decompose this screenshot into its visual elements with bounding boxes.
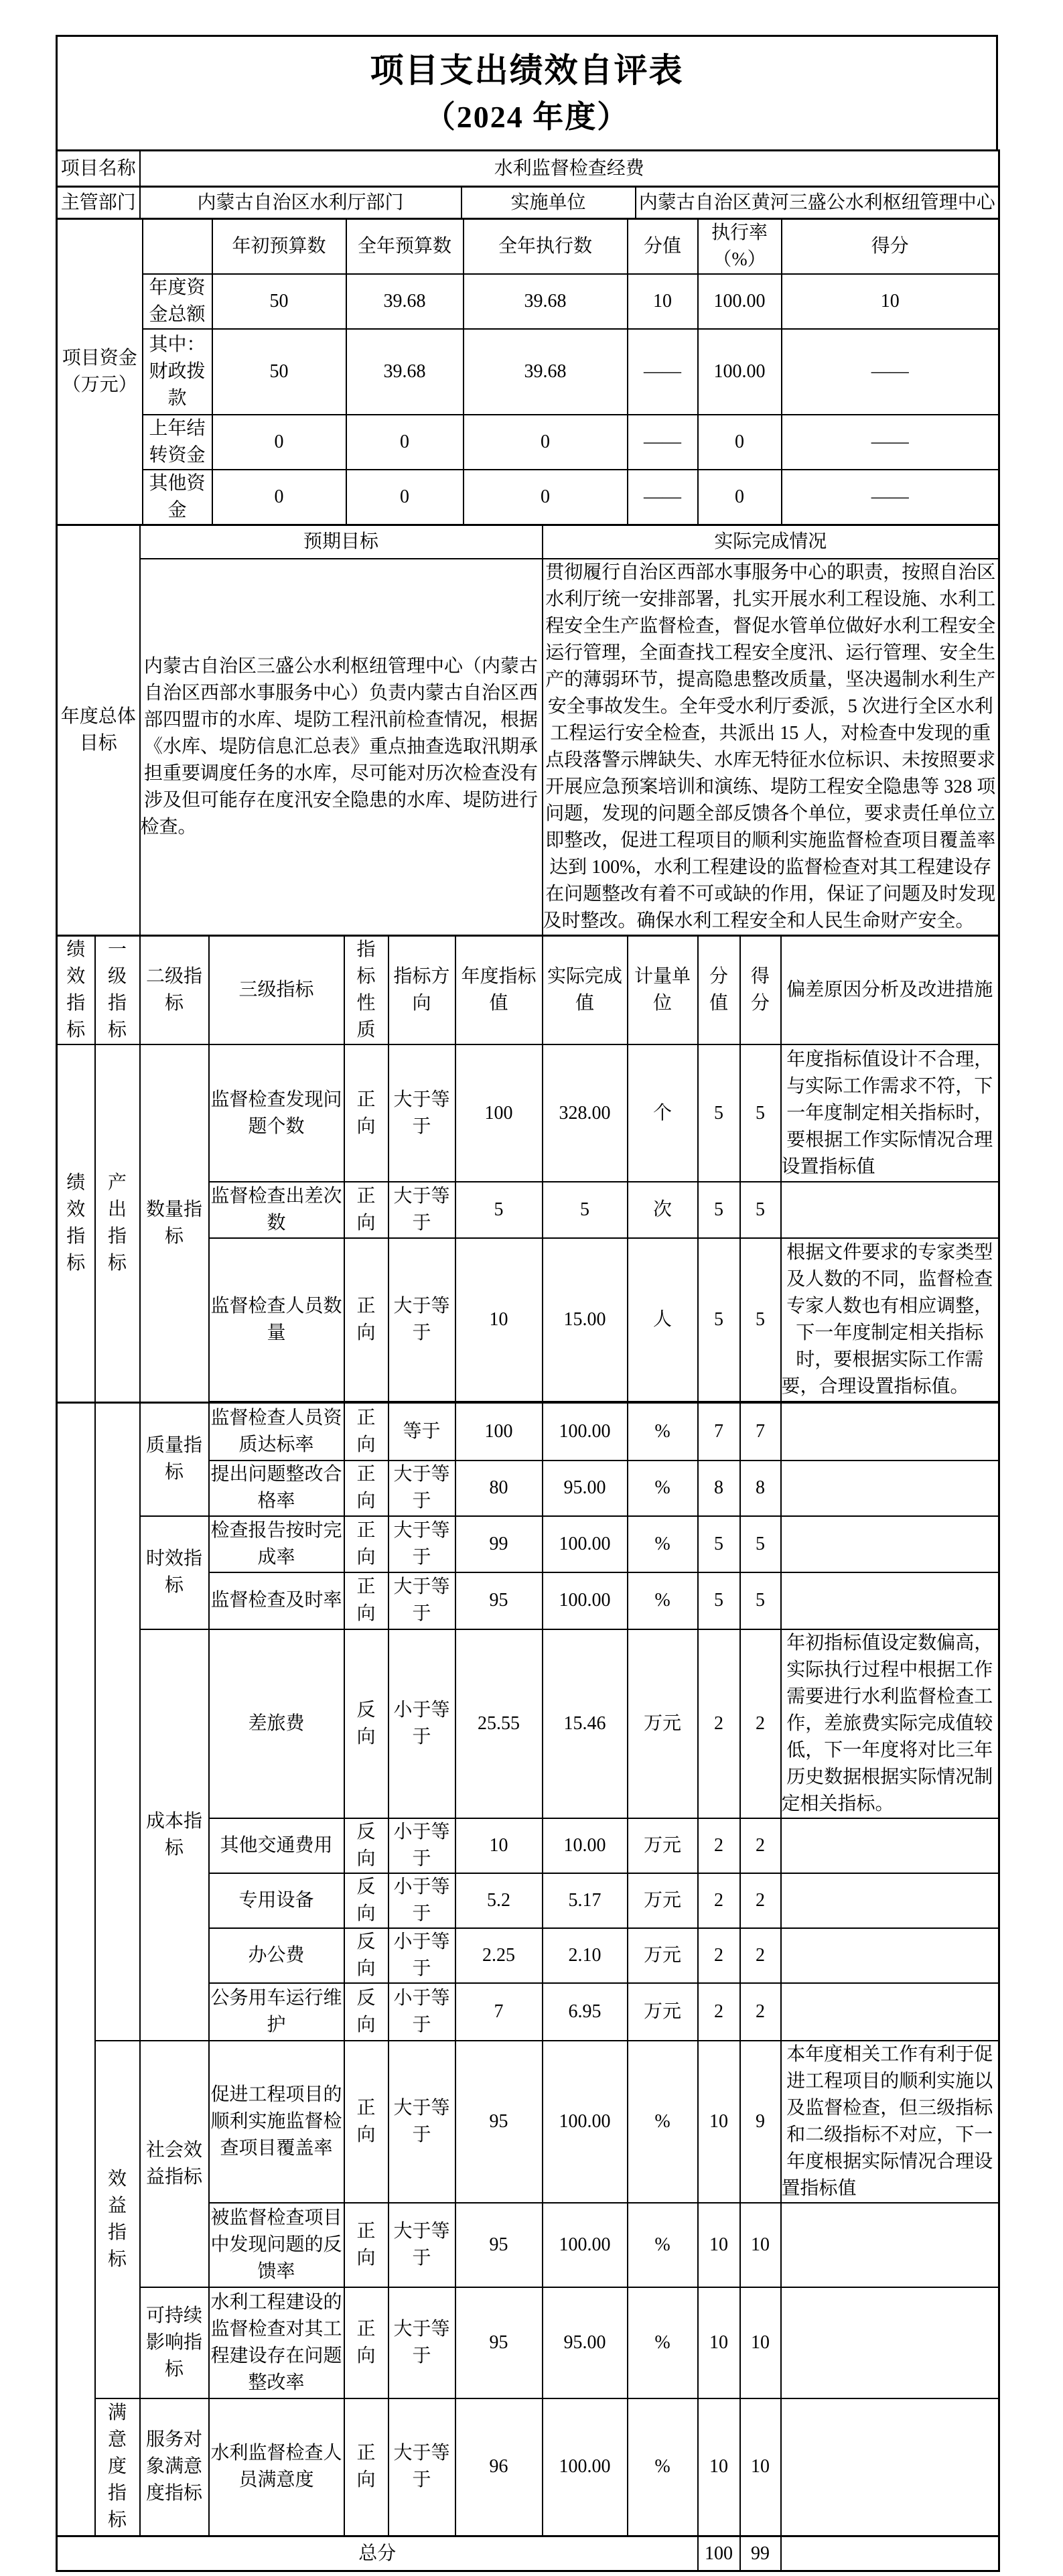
cell-score: 7 <box>698 1403 740 1461</box>
cell-target: 95 <box>455 2287 543 2398</box>
cell-actual: 328.00 <box>543 1044 628 1182</box>
indicator-row: 效 益 指 标 社会效益指标 促进工程项目的顺利实施监督检查项目覆盖率 正 向 … <box>57 2041 999 2203</box>
cell-direction: 大于等于 <box>388 2398 455 2536</box>
funds-header-score: 分值 <box>628 219 698 275</box>
cell-actual: 5.17 <box>543 1873 628 1928</box>
cell-got: 9 <box>740 2041 781 2203</box>
indicator-row: 时效指标 检查报告按时完成率 正 向 大于等于 99 100.00 % 5 5 <box>57 1516 999 1572</box>
cell-actual: 15.00 <box>543 1238 628 1402</box>
cell-year-exec: 39.68 <box>464 274 628 329</box>
cell-year-exec: 0 <box>464 470 628 525</box>
document-page: { "title": { "line1": "项目支出绩效自评表", "line… <box>0 0 1063 2576</box>
cell-got: 5 <box>740 1516 781 1572</box>
cell-direction: 大于等于 <box>388 1238 455 1402</box>
group-timeliness: 时效指标 <box>140 1516 209 1629</box>
cell-score: 2 <box>698 1983 740 2041</box>
cell-year-exec: 0 <box>464 415 628 470</box>
cell-begin-budget: 0 <box>212 415 346 470</box>
cell-unit: 人 <box>628 1238 698 1402</box>
cell-exec-rate: 100.00 <box>698 274 782 329</box>
header-perf-indicator: 绩 效 指 标 <box>57 935 95 1044</box>
indicator-row: 可持续影响指标 水利工程建设的监督检查对其工程建设存在问题整改率 正 向 大于等… <box>57 2287 999 2398</box>
cell-target: 100 <box>455 1403 543 1461</box>
funds-header-blank <box>143 219 212 275</box>
funds-header-got: 得分 <box>782 219 999 275</box>
cell-got: 2 <box>740 1983 781 2041</box>
cell-score: 5 <box>698 1516 740 1572</box>
cell-deviation <box>781 1403 999 1461</box>
project-name-value: 水利监督检查经费 <box>140 151 999 187</box>
cell-deviation <box>781 2398 999 2536</box>
indicator-row: 质量指标 监督检查人员资质达标率 正 向 等于 100 100.00 % 7 7 <box>57 1403 999 1461</box>
annual-goal-table: 年度总体 目标 预期目标 实际完成情况 内蒙古自治区三盛公水利枢纽管理中心（内蒙… <box>56 524 1000 937</box>
cell-target: 95 <box>455 2203 543 2287</box>
group-perf-continued <box>57 1403 95 2536</box>
cell-begin-budget: 0 <box>212 470 346 525</box>
group-output: 产 出 指 标 <box>95 1044 140 1402</box>
cell-nature: 正 向 <box>344 2203 388 2287</box>
indicator-row: 成本指标 差旅费 反 向 小于等于 25.55 15.46 万元 2 2 年初指… <box>57 1629 999 1818</box>
cell-direction: 小于等于 <box>388 1818 455 1873</box>
cell-nature: 反 向 <box>344 1629 388 1818</box>
cell-unit: % <box>628 2203 698 2287</box>
cell-deviation <box>781 1182 999 1238</box>
cell-deviation <box>781 1572 999 1629</box>
funds-table: 项目资金 （万元） 年初预算数 全年预算数 全年执行数 分值 执行率 （%） 得… <box>56 218 1000 526</box>
cell-got: 2 <box>740 1818 781 1873</box>
cell-indicator-name: 办公费 <box>209 1928 344 1983</box>
form-title: 项目支出绩效自评表 <box>58 50 996 90</box>
cell-deviation <box>781 2203 999 2287</box>
cell-got: 5 <box>740 1182 781 1238</box>
expected-goal-header: 预期目标 <box>140 525 543 559</box>
group-quantity: 数量指标 <box>140 1044 209 1402</box>
dept-label: 主管部门 <box>57 187 140 219</box>
form-title-cell: 项目支出绩效自评表 （2024 年度） <box>57 36 997 151</box>
cell-deviation <box>781 1873 999 1928</box>
form-year: （2024 年度） <box>58 98 996 136</box>
cell-exec-rate: 0 <box>698 470 782 525</box>
cell-got: 2 <box>740 1928 781 1983</box>
cell-score: 5 <box>698 1238 740 1402</box>
cell-deviation: 根据文件要求的专家类型及人数的不同，监督检查专家人数也有相应调整，下一年度制定相… <box>781 1238 999 1402</box>
funds-header-begin-budget: 年初预算数 <box>212 219 346 275</box>
cell-indicator-name: 其他交通费用 <box>209 1818 344 1873</box>
cell-indicator-name: 提出问题整改合格率 <box>209 1461 344 1516</box>
cell-got: 10 <box>740 2287 781 2398</box>
cell-target: 95 <box>455 2041 543 2203</box>
cell-indicator-name: 监督检查出差次数 <box>209 1182 344 1238</box>
cell-direction: 小于等于 <box>388 1928 455 1983</box>
cell-deviation <box>781 2287 999 2398</box>
cell-score: 10 <box>628 274 698 329</box>
group-benefit: 效 益 指 标 <box>95 2041 140 2398</box>
header-nature: 指 标 性 质 <box>344 935 388 1044</box>
total-deviation-blank <box>781 2536 999 2571</box>
cell-direction: 小于等于 <box>388 1629 455 1818</box>
cell-unit: % <box>628 2287 698 2398</box>
total-got: 99 <box>740 2536 781 2571</box>
funds-header-year-exec: 全年执行数 <box>464 219 628 275</box>
cell-target: 7 <box>455 1983 543 2041</box>
cell-indicator-name: 监督检查发现问题个数 <box>209 1044 344 1182</box>
cell-unit: 万元 <box>628 1928 698 1983</box>
group-cost: 成本指标 <box>140 1629 209 2041</box>
cell-target: 10 <box>455 1818 543 1873</box>
cell-nature: 正 向 <box>344 2287 388 2398</box>
actual-completion-text: 贯彻履行自治区西部水事服务中心的职责，按照自治区水利厅统一安排部署，扎实开展水利… <box>543 559 999 936</box>
cell-indicator-name: 检查报告按时完成率 <box>209 1516 344 1572</box>
cell-target: 2.25 <box>455 1928 543 1983</box>
cell-indicator-name: 监督检查人员数量 <box>209 1238 344 1402</box>
cell-indicator-name: 水利监督检查人员满意度 <box>209 2398 344 2536</box>
cell-exec-rate: 0 <box>698 415 782 470</box>
cell-direction: 大于等于 <box>388 1182 455 1238</box>
cell-actual: 100.00 <box>543 2398 628 2536</box>
cell-deviation <box>781 1461 999 1516</box>
cell-actual: 95.00 <box>543 1461 628 1516</box>
cell-nature: 正 向 <box>344 1182 388 1238</box>
cell-unit: % <box>628 1461 698 1516</box>
indicator-row: 满 意 度 指 标 服务对象满意度指标 水利监督检查人员满意度 正 向 大于等于… <box>57 2398 999 2536</box>
cell-nature: 正 向 <box>344 2041 388 2203</box>
cell-indicator-name: 公务用车运行维护 <box>209 1983 344 2041</box>
cell-actual: 6.95 <box>543 1983 628 2041</box>
department-table: 主管部门 内蒙古自治区水利厅部门 实施单位 内蒙古自治区黄河三盛公水利枢纽管理中… <box>56 186 1000 220</box>
group-sustainability: 可持续影响指标 <box>140 2287 209 2398</box>
group-satisfaction: 满 意 度 指 标 <box>95 2398 140 2536</box>
cell-actual: 95.00 <box>543 2287 628 2398</box>
cell-nature: 反 向 <box>344 1983 388 2041</box>
group-social-benefit: 社会效益指标 <box>140 2041 209 2287</box>
title-table: 项目支出绩效自评表 （2024 年度） <box>56 35 998 151</box>
cell-actual: 10.00 <box>543 1818 628 1873</box>
cell-direction: 小于等于 <box>388 1873 455 1928</box>
cell-got: 2 <box>740 1873 781 1928</box>
cell-exec-rate: 100.00 <box>698 329 782 415</box>
header-level3: 三级指标 <box>209 935 344 1044</box>
header-target-value: 年度指标值 <box>455 935 543 1044</box>
cell-year-budget: 0 <box>346 470 464 525</box>
cell-nature: 反 向 <box>344 1928 388 1983</box>
cell-score: 5 <box>698 1572 740 1629</box>
cell-score: —— <box>628 329 698 415</box>
cell-begin-budget: 50 <box>212 329 346 415</box>
impl-unit-label: 实施单位 <box>462 187 636 219</box>
group-perf: 绩 效 指 标 <box>57 1044 95 1402</box>
cell-direction: 大于等于 <box>388 1044 455 1182</box>
funds-row-fiscal: 其中：财政拨款 50 39.68 39.68 —— 100.00 —— <box>57 329 999 415</box>
funds-row-label: 上年结转资金 <box>143 415 212 470</box>
cell-deviation <box>781 1983 999 2041</box>
cell-got: 5 <box>740 1572 781 1629</box>
funds-row-other: 其他资金 0 0 0 —— 0 —— <box>57 470 999 525</box>
header-actual-value: 实际完成值 <box>543 935 628 1044</box>
cell-score: 10 <box>698 2287 740 2398</box>
self-evaluation-form: 项目支出绩效自评表 （2024 年度） 项目名称 水利监督检查经费 主管部门 内… <box>56 35 998 2572</box>
cell-unit: 个 <box>628 1044 698 1182</box>
cell-indicator-name: 监督检查人员资质达标率 <box>209 1403 344 1461</box>
cell-got: 8 <box>740 1461 781 1516</box>
cell-got: 10 <box>740 2203 781 2287</box>
cell-deviation: 本年度相关工作有利于促进工程项目的顺利实施以及监督检查，但三级指标和二级指标不对… <box>781 2041 999 2203</box>
cell-unit: % <box>628 1403 698 1461</box>
header-unit: 计量单位 <box>628 935 698 1044</box>
cell-deviation: 年初指标值设定数偏高，实际执行过程中根据工作需要进行水利监督检查工作，差旅费实际… <box>781 1629 999 1818</box>
cell-direction: 大于等于 <box>388 1572 455 1629</box>
cell-nature: 正 向 <box>344 1238 388 1402</box>
cell-deviation: 年度指标值设计不合理，与实际工作需求不符，下一年度制定相关指标时，要根据工作实际… <box>781 1044 999 1182</box>
cell-score: 5 <box>698 1044 740 1182</box>
funds-group-label: 项目资金 （万元） <box>57 219 143 525</box>
cell-got: 2 <box>740 1629 781 1818</box>
header-level1: 一 级 指 标 <box>95 935 140 1044</box>
cell-got: 7 <box>740 1403 781 1461</box>
cell-got: —— <box>782 470 999 525</box>
cell-target: 96 <box>455 2398 543 2536</box>
cell-got: 10 <box>782 274 999 329</box>
cell-score: 10 <box>698 2398 740 2536</box>
cell-unit: % <box>628 1516 698 1572</box>
cell-unit: % <box>628 2041 698 2203</box>
header-level2: 二级指标 <box>140 935 209 1044</box>
group-service-satisfaction: 服务对象满意度指标 <box>140 2398 209 2536</box>
cell-actual: 100.00 <box>543 2203 628 2287</box>
cell-score: —— <box>628 470 698 525</box>
cell-target: 100 <box>455 1044 543 1182</box>
cell-target: 80 <box>455 1461 543 1516</box>
cell-target: 99 <box>455 1516 543 1572</box>
funds-header-row: 项目资金 （万元） 年初预算数 全年预算数 全年执行数 分值 执行率 （%） 得… <box>57 219 999 275</box>
cell-unit: 万元 <box>628 1818 698 1873</box>
header-deviation: 偏差原因分析及改进措施 <box>781 935 999 1044</box>
actual-completion-header: 实际完成情况 <box>543 525 999 559</box>
cell-deviation <box>781 1516 999 1572</box>
cell-indicator-name: 被监督检查项目中发现问题的反馈率 <box>209 2203 344 2287</box>
expected-goal-text: 内蒙古自治区三盛公水利枢纽管理中心（内蒙古自治区西部水事服务中心）负责内蒙古自治… <box>140 559 543 936</box>
cell-score: 2 <box>698 1928 740 1983</box>
cell-year-budget: 39.68 <box>346 329 464 415</box>
cell-direction: 等于 <box>388 1403 455 1461</box>
cell-score: 10 <box>698 2041 740 2203</box>
cell-nature: 正 向 <box>344 1572 388 1629</box>
cell-actual: 100.00 <box>543 1516 628 1572</box>
cell-target: 25.55 <box>455 1629 543 1818</box>
cell-begin-budget: 50 <box>212 274 346 329</box>
funds-row-carryover: 上年结转资金 0 0 0 —— 0 —— <box>57 415 999 470</box>
cell-unit: % <box>628 1572 698 1629</box>
cell-score: 5 <box>698 1182 740 1238</box>
cell-got: —— <box>782 415 999 470</box>
cell-direction: 大于等于 <box>388 2041 455 2203</box>
dept-value: 内蒙古自治区水利厅部门 <box>140 187 462 219</box>
cell-indicator-name: 促进工程项目的顺利实施监督检查项目覆盖率 <box>209 2041 344 2203</box>
header-got: 得 分 <box>740 935 781 1044</box>
cell-target: 95 <box>455 1572 543 1629</box>
cell-year-budget: 39.68 <box>346 274 464 329</box>
cell-indicator-name: 监督检查及时率 <box>209 1572 344 1629</box>
total-row: 总分 100 99 <box>57 2536 999 2571</box>
indicator-row: 绩 效 指 标 产 出 指 标 数量指标 监督检查发现问题个数 正 向 大于等于… <box>57 1044 999 1182</box>
project-name-table: 项目名称 水利监督检查经费 <box>56 149 1000 188</box>
cell-unit: 次 <box>628 1182 698 1238</box>
cell-score: 8 <box>698 1461 740 1516</box>
group-quality: 质量指标 <box>140 1403 209 1516</box>
cell-indicator-name: 差旅费 <box>209 1629 344 1818</box>
funds-row-label: 年度资金总额 <box>143 274 212 329</box>
cell-direction: 大于等于 <box>388 2287 455 2398</box>
indicator-table-page2: 质量指标 监督检查人员资质达标率 正 向 等于 100 100.00 % 7 7… <box>56 1402 1000 2572</box>
cell-target: 10 <box>455 1238 543 1402</box>
funds-row-label: 其他资金 <box>143 470 212 525</box>
header-score: 分 值 <box>698 935 740 1044</box>
impl-unit-value: 内蒙古自治区黄河三盛公水利枢纽管理中心 <box>636 187 999 219</box>
cell-direction: 大于等于 <box>388 2203 455 2287</box>
project-name-label: 项目名称 <box>57 151 140 187</box>
funds-row-label: 其中：财政拨款 <box>143 329 212 415</box>
indicator-table-page1: 绩 效 指 标 一 级 指 标 二级指标 三级指标 指 标 性 质 指标方向 年… <box>56 935 1000 1404</box>
cell-got: —— <box>782 329 999 415</box>
cell-nature: 反 向 <box>344 1873 388 1928</box>
cell-target: 5.2 <box>455 1873 543 1928</box>
funds-row-total: 年度资金总额 50 39.68 39.68 10 100.00 10 <box>57 274 999 329</box>
cell-unit: 万元 <box>628 1983 698 2041</box>
annual-goal-label: 年度总体 目标 <box>57 525 140 936</box>
cell-got: 5 <box>740 1238 781 1402</box>
cell-actual: 100.00 <box>543 1403 628 1461</box>
cell-year-exec: 39.68 <box>464 329 628 415</box>
cell-deviation <box>781 1818 999 1873</box>
total-label: 总分 <box>57 2536 698 2571</box>
cell-got: 5 <box>740 1044 781 1182</box>
funds-header-exec-rate: 执行率 （%） <box>698 219 782 275</box>
funds-header-year-budget: 全年预算数 <box>346 219 464 275</box>
cell-nature: 正 向 <box>344 1044 388 1182</box>
cell-year-budget: 0 <box>346 415 464 470</box>
cell-unit: % <box>628 2398 698 2536</box>
cell-actual: 100.00 <box>543 1572 628 1629</box>
cell-unit: 万元 <box>628 1629 698 1818</box>
cell-actual: 15.46 <box>543 1629 628 1818</box>
cell-score: 2 <box>698 1629 740 1818</box>
cell-got: 10 <box>740 2398 781 2536</box>
cell-score: 2 <box>698 1818 740 1873</box>
cell-indicator-name: 水利工程建设的监督检查对其工程建设存在问题整改率 <box>209 2287 344 2398</box>
cell-deviation <box>781 1928 999 1983</box>
cell-nature: 正 向 <box>344 2398 388 2536</box>
indicator-header-row: 绩 效 指 标 一 级 指 标 二级指标 三级指标 指 标 性 质 指标方向 年… <box>57 935 999 1044</box>
cell-direction: 小于等于 <box>388 1983 455 2041</box>
header-direction: 指标方向 <box>388 935 455 1044</box>
cell-actual: 5 <box>543 1182 628 1238</box>
cell-target: 5 <box>455 1182 543 1238</box>
cell-actual: 100.00 <box>543 2041 628 2203</box>
cell-actual: 2.10 <box>543 1928 628 1983</box>
cell-score: 10 <box>698 2203 740 2287</box>
cell-score: —— <box>628 415 698 470</box>
cell-nature: 正 向 <box>344 1461 388 1516</box>
cell-score: 2 <box>698 1873 740 1928</box>
cell-nature: 正 向 <box>344 1403 388 1461</box>
cell-direction: 大于等于 <box>388 1461 455 1516</box>
cell-unit: 万元 <box>628 1873 698 1928</box>
cell-indicator-name: 专用设备 <box>209 1873 344 1928</box>
total-score: 100 <box>698 2536 740 2571</box>
cell-direction: 大于等于 <box>388 1516 455 1572</box>
cell-nature: 反 向 <box>344 1818 388 1873</box>
cell-nature: 正 向 <box>344 1516 388 1572</box>
group-level1-blank <box>95 1403 140 2041</box>
